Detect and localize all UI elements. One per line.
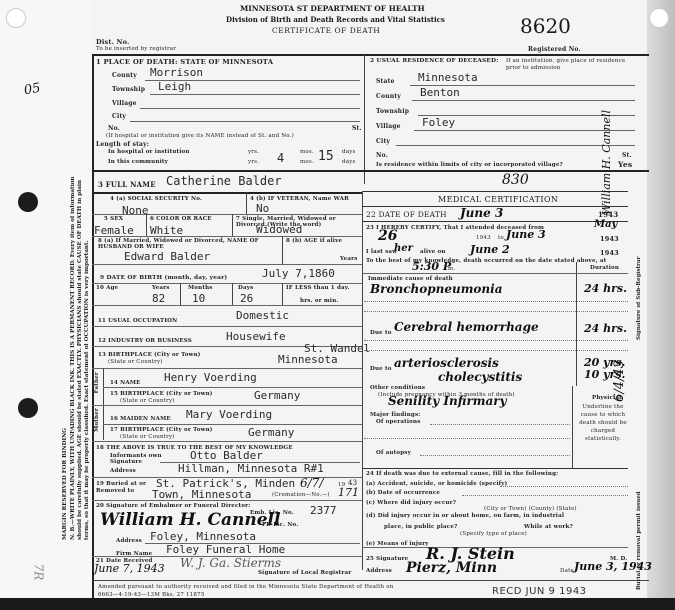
industry: Housewife	[226, 330, 286, 343]
rule	[103, 424, 362, 425]
cell-divider	[282, 283, 283, 305]
residence-village-label: Village	[376, 123, 401, 130]
age-months: 10	[192, 292, 205, 305]
attended-from-month: May	[594, 219, 617, 230]
rule	[130, 121, 360, 122]
informant-address-label: Address	[110, 468, 136, 474]
margin-instructions-1: N. B.—WRITE PLAINLY, WITH UNFADING BLACK…	[70, 20, 77, 540]
age-days: 26	[240, 292, 253, 305]
attended-to-date: June 3	[506, 228, 546, 241]
due-to-1: Cerebral hemorrhage	[394, 320, 539, 334]
major-findings-label: Major findings:	[370, 412, 420, 418]
rule	[92, 368, 362, 369]
attended-to-year: 1943	[600, 235, 619, 243]
birthplace-state: Minnesota	[278, 353, 338, 366]
limits-value: Yes	[618, 160, 632, 169]
attended-from-year: 1943	[476, 235, 491, 241]
hospital-days-label: days	[342, 149, 356, 155]
margin-instructions-2: should be carefully supplied. AGE should…	[77, 20, 84, 540]
mother-name-label: 16 MAIDEN NAME	[110, 416, 171, 422]
due-to-1-duration: 24 hrs.	[584, 322, 627, 335]
hospital-stay-label: In hospital or institution	[108, 149, 190, 155]
margin-note-bottom: 7R	[31, 564, 45, 581]
rule	[362, 273, 628, 274]
full-name: Catherine Balder	[166, 174, 282, 188]
usual-residence-label: 2 USUAL RESIDENCE OF DECEASED:	[370, 58, 499, 64]
state-department: MINNESOTA ST DEPARTMENT OF HEALTH	[240, 4, 425, 13]
residence-village: Foley	[422, 116, 455, 129]
accident-label: (a) Accident, suicide, or homicide (spec…	[366, 481, 507, 487]
institution-note: If an institution, give place of residen…	[506, 58, 640, 71]
did-injury-label: (d) Did injury occur in or about home, o…	[366, 513, 564, 519]
cremation-label: (Cremation—No.—)	[272, 492, 330, 498]
public-place-label: place, in public place?	[384, 524, 457, 530]
margin-note: 05	[23, 81, 42, 99]
amended-note: Amended pursuant to authority received a…	[98, 584, 393, 590]
rule	[92, 236, 362, 237]
date-received: June 7, 1943	[94, 562, 165, 575]
form-top-border	[92, 54, 649, 56]
where-sub: (City or Town) (County) (State)	[484, 506, 577, 512]
top-column-divider	[364, 54, 365, 184]
rule	[92, 326, 362, 327]
residence-st-label: St.	[622, 152, 632, 159]
hospital-yrs-label: yrs.	[248, 149, 259, 155]
certificate-page: 05 7R MARGIN RESERVED FOR BINDING N. B.—…	[0, 0, 675, 610]
due-to-label-2: Due to	[370, 366, 392, 372]
rule	[92, 283, 362, 284]
date-of-birth: July 7,1860	[262, 267, 335, 280]
occurrence-label: (b) Date of occurrence	[366, 490, 440, 496]
rule	[103, 387, 362, 388]
due-to-label-1: Due to	[370, 330, 392, 336]
duration-divider	[576, 262, 577, 386]
funeral-address: Foley, Minnesota	[150, 530, 256, 543]
residence-county: Benton	[420, 86, 460, 99]
informant-signature: Otto Balder	[190, 449, 263, 462]
place-of-death-label: 1 PLACE OF DEATH: STATE OF MINNESOTA	[96, 58, 273, 66]
street-no-label: No.	[108, 125, 120, 132]
sex-label: 5 SEX	[104, 216, 123, 222]
industry-label: 12 INDUSTRY OR BUSINESS	[98, 338, 192, 344]
physician-note-divider	[572, 386, 573, 468]
last-saw-label: I last saw	[366, 249, 397, 255]
punch-hole	[18, 398, 38, 418]
father-side-label: Father	[94, 372, 100, 393]
age-years: 82	[152, 292, 165, 305]
funeral-address-label: Address	[116, 538, 142, 544]
cremation-no: 171	[338, 486, 359, 499]
rule	[92, 305, 362, 306]
residence-state-label: State	[376, 78, 395, 85]
hospital-mos-label: mos.	[300, 149, 314, 155]
mother-birth-sub: (State or Country)	[120, 434, 175, 440]
mother-maiden-name: Mary Voerding	[186, 408, 272, 421]
community-days: 15	[318, 149, 334, 164]
rule	[364, 340, 628, 341]
ssn: None	[122, 204, 149, 217]
city-label: City	[112, 113, 126, 120]
rule	[92, 580, 649, 581]
township-label: Township	[112, 86, 145, 93]
rule	[92, 264, 362, 265]
physician-address: Pierz, Minn	[406, 560, 497, 576]
due-to-3: cholecystitis	[438, 370, 522, 384]
street-label: St.	[352, 125, 362, 132]
subregistrar-signature-label: Signature of Sub-Registrar	[636, 200, 643, 340]
alive-on-label: alive on	[420, 249, 446, 255]
community-yrs-label: yrs.	[248, 159, 259, 165]
age-months-label: Months	[188, 285, 213, 291]
margin-reserved-text: MARGIN RESERVED FOR BINDING	[62, 20, 69, 540]
cell-divider	[232, 214, 233, 236]
age-label: 10 Age	[96, 285, 118, 291]
scan-bottom-edge	[0, 598, 675, 610]
dob-label: 9 DATE OF BIRTH (month, day, year)	[100, 275, 227, 281]
rule	[364, 311, 628, 312]
rule	[362, 191, 628, 192]
residence-no-label: No.	[376, 152, 388, 159]
occupation: Domestic	[236, 309, 289, 322]
cell-divider	[232, 283, 233, 305]
registrar-signature-label: Signature of Local Registrar	[258, 570, 351, 576]
rule	[412, 100, 635, 101]
community-months: 4	[277, 151, 284, 165]
knowledge-label: To the best of my knowledge, death occur…	[366, 258, 634, 265]
certificate-title: CERTIFICATE OF DEATH	[272, 26, 380, 35]
residence-county-label: County	[376, 93, 401, 100]
external-cause-label: 24 If death was due to external cause, f…	[366, 471, 558, 477]
age-days-label: Days	[238, 285, 253, 291]
rule	[362, 468, 628, 469]
cell-divider	[146, 214, 147, 236]
date-of-death: June 3	[460, 206, 503, 220]
punch-hole	[6, 8, 26, 28]
residence-state: Minnesota	[418, 71, 478, 84]
punch-hole	[649, 8, 669, 28]
while-at-work-label: While at work?	[524, 524, 573, 530]
removal-permit-label: Burial or removal permit issued	[636, 430, 643, 590]
community-stay-label: In this community	[108, 159, 168, 165]
hospital-note: (If hospital or institution give its NAM…	[106, 133, 294, 139]
registered-no-label: Registered No.	[528, 46, 581, 53]
father-name-label: 14 NAME	[110, 380, 141, 386]
physician-date-label: Date	[560, 568, 574, 574]
cell-divider	[103, 368, 104, 440]
rule	[362, 221, 628, 222]
rule	[150, 94, 360, 95]
hrs-min-label: hrs. or min.	[300, 298, 339, 304]
rule	[92, 500, 362, 501]
scan-edge	[647, 0, 675, 610]
limits-label: Is residence within limits of city or in…	[376, 162, 563, 168]
ssn-label: 4 (a) SOCIAL SECURITY No.	[110, 196, 202, 202]
immediate-cause: Bronchopneumonia	[370, 282, 502, 296]
father-birth-label: 15 BIRTHPLACE (City or Town)	[110, 391, 213, 397]
where-label: (c) Where did injury occur?	[366, 500, 456, 506]
cell-divider	[180, 283, 181, 305]
dist-no-label: Dist. No.	[96, 38, 130, 46]
dist-no-note: To be inserted by registrar	[96, 46, 176, 52]
residence-township-label: Township	[376, 108, 409, 115]
time-m-label: m.	[448, 266, 455, 272]
certificate-number: 8620	[520, 14, 571, 38]
father-birthplace: Germany	[254, 389, 300, 402]
spouse-label: 8 (a) If Married, Widowed or Divorced, N…	[98, 238, 268, 250]
residence-city-label: City	[376, 138, 390, 145]
specify-place-label: (Specify type of place)	[460, 531, 527, 537]
rule	[92, 441, 362, 442]
other-conditions: Senility Infirmary	[388, 394, 507, 408]
date-of-death-label: 22 DATE OF DEATH	[366, 210, 447, 219]
spouse-name: Edward Balder	[124, 250, 210, 263]
birthplace-label: 13 BIRTHPLACE (City or Town)	[98, 352, 201, 358]
medical-certification-title: MEDICAL CERTIFICATION	[438, 195, 558, 204]
mother-side-label: Mother	[94, 408, 100, 432]
emb-lic-number: 2377	[310, 504, 337, 517]
section-divider	[92, 192, 362, 194]
community-mos-label: mos.	[300, 159, 314, 165]
marital-status: Widowed	[256, 223, 302, 236]
other-conditions-label: Other conditions	[370, 385, 425, 391]
informant-address: Hillman, Minnesota R#1	[178, 462, 324, 475]
length-of-stay-label: Length of stay:	[96, 141, 149, 148]
cell-divider	[246, 192, 247, 214]
funeral-director-label: 20 Signature of Embalmer or Funeral Dire…	[96, 503, 250, 509]
rule	[92, 405, 362, 406]
margin-instructions-3: terms, so that it may be properly classi…	[84, 20, 91, 540]
community-days-label: days	[342, 159, 356, 165]
rule	[430, 424, 570, 425]
due-to-2: arteriosclerosis	[394, 356, 499, 370]
operations-label: Of operations	[376, 419, 421, 425]
rule	[364, 301, 628, 302]
fd-lic-label: FD Lic. No.	[262, 522, 298, 528]
occupation-label: 11 USUAL OCCUPATION	[98, 318, 177, 324]
local-registrar-signature: W. J. Ga. Stierms	[180, 556, 281, 570]
physician-signature-label: 25 Signature	[366, 556, 408, 562]
attended-to-label: to	[498, 235, 504, 241]
attended-from-day: 26	[378, 228, 397, 244]
physician-note: Underline the cause to which death shoul…	[575, 403, 631, 443]
stamp-note: 830	[502, 172, 529, 188]
years-label: Years	[340, 256, 358, 262]
father-birth-sub: (State or Country)	[120, 398, 175, 404]
rule	[92, 214, 362, 215]
permit-date: 6/4/43	[612, 360, 627, 402]
birthplace-sub-label: (State or Country)	[108, 359, 163, 365]
informant-signature-label: Informants own Signature	[110, 453, 164, 465]
county-label: County	[112, 72, 137, 79]
column-divider	[362, 192, 363, 570]
village-label: Village	[112, 100, 137, 107]
rule	[140, 108, 360, 109]
section-divider	[92, 170, 364, 172]
age-alive-label: 8 (b) AGE if alive	[286, 238, 342, 244]
rule	[420, 455, 570, 456]
last-saw-value: her	[394, 243, 413, 254]
rule	[500, 486, 628, 487]
firm-name: Foley Funeral Home	[166, 543, 285, 556]
death-county: Morrison	[150, 66, 203, 79]
full-name-label: 3 FULL NAME	[98, 180, 156, 189]
alive-on-date: June 2	[470, 243, 510, 256]
punch-hole	[18, 192, 38, 212]
autopsy-label: Of autopsy	[376, 450, 411, 456]
father-name: Henry Voerding	[164, 371, 257, 384]
alive-on-year: 1943	[600, 249, 619, 257]
death-township: Leigh	[158, 80, 191, 93]
age-years-label: Years	[152, 285, 170, 291]
division-title: Division of Birth and Death Records and …	[226, 15, 445, 24]
rule	[364, 438, 570, 439]
rule	[364, 350, 628, 351]
cell-divider	[282, 236, 283, 264]
rule	[462, 495, 628, 496]
less-than-day-label: IF LESS than 1 day.	[286, 285, 350, 291]
received-stamp: RECD JUN 9 1943	[492, 586, 587, 597]
physician-address-label: Address	[366, 568, 392, 574]
duration-label: Duration	[590, 265, 619, 271]
time-of-death: 5:30 P	[412, 260, 451, 273]
binding-margin: 05 7R MARGIN RESERVED FOR BINDING N. B.—…	[0, 0, 92, 610]
color-label: 6 COLOR OR RACE	[150, 216, 212, 222]
buried-label: 19 Buried at or Removed to	[96, 481, 152, 494]
immediate-duration: 24 hrs.	[584, 282, 627, 295]
burial-date: 6/7/	[300, 476, 323, 490]
subregistrar-signature: William H. Cannell	[600, 110, 613, 215]
mother-birthplace: Germany	[248, 426, 294, 439]
funeral-director-signature: William H. Cannell	[100, 510, 280, 530]
mother-birth-label: 17 BIRTHPLACE (City or Town)	[110, 427, 213, 433]
